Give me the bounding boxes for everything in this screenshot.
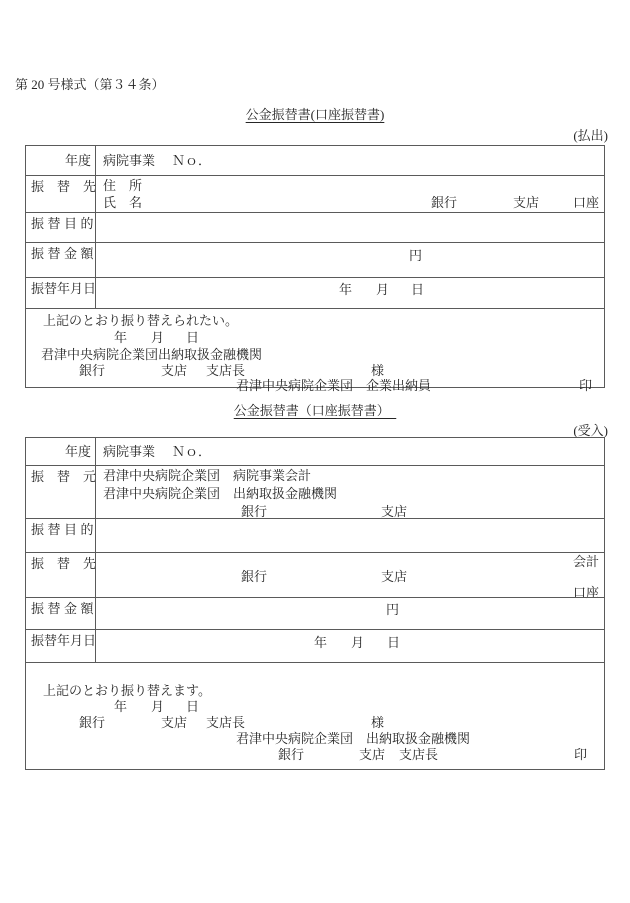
payout-signer-text: 君津中央病院企業団 企業出納員 — [236, 379, 431, 392]
payout-institution-text: 君津中央病院企業団出納取扱金融機関 — [41, 348, 262, 361]
receipt-fiscal-year-cell: 病院事業 Ｎｏ． — [96, 438, 604, 465]
payout-title: 公金振替書(口座振替書) — [0, 108, 630, 121]
receipt-footer-sama: 様 — [371, 716, 384, 729]
payout-row-fiscal-year: 年度 病院事業 Ｎｏ． — [26, 146, 604, 175]
payout-fiscal-year-label: 年度 — [26, 146, 96, 175]
receipt-from-account-text: 君津中央病院企業団 病院事業会計 — [103, 469, 311, 482]
payout-row-amount: 振替金額 円 — [26, 242, 604, 277]
payout-seal-mark: 印 — [579, 379, 592, 392]
payout-footer-month: 月 — [151, 331, 164, 344]
transfer-form-page: 第 20 号様式（第３４条） 公金振替書(口座振替書) (払出) 年度 病院事業… — [0, 0, 630, 903]
receipt-row-fiscal-year: 年度 病院事業 Ｎｏ． — [26, 438, 604, 465]
payout-footer-branch: 支店 — [161, 364, 187, 377]
receipt-title: 公金振替書（口座振替書） — [0, 404, 630, 417]
receipt-footer-manager2: 支店長 — [399, 748, 438, 761]
payout-number-label: Ｎｏ． — [172, 154, 211, 167]
payout-fiscal-year-cell: 病院事業 Ｎｏ． — [96, 146, 604, 175]
receipt-transfer-from-label: 振替元 — [26, 466, 96, 518]
receipt-date-year: 年 — [314, 636, 327, 649]
payout-amount-label: 振替金額 — [26, 243, 96, 277]
receipt-date-label: 振替年月日 — [26, 630, 96, 662]
payout-purpose-label: 振替目的 — [26, 213, 96, 242]
payout-footer-bank: 銀行 — [79, 364, 105, 377]
receipt-amount-label: 振替金額 — [26, 598, 96, 629]
receipt-row-transfer-to: 振替先 会計 銀行 支店 口座 — [26, 552, 604, 597]
receipt-from-institution-text: 君津中央病院企業団 出納取扱金融機関 — [103, 487, 337, 500]
payout-row-date: 振替年月日 年 月 日 — [26, 277, 604, 308]
receipt-date-day: 日 — [387, 636, 400, 649]
form-number: 第 20 号様式（第３４条） — [15, 78, 165, 91]
payout-tag: (払出) — [573, 129, 608, 142]
receipt-statement-text: 上記のとおり振り替えます。 — [43, 684, 211, 697]
receipt-transfer-to-label: 振替先 — [26, 553, 96, 597]
receipt-purpose-label: 振替目的 — [26, 519, 96, 552]
payout-bank-label: 銀行 — [431, 196, 457, 209]
receipt-footer-day: 日 — [186, 700, 199, 713]
receipt-transfer-to-cell: 会計 銀行 支店 口座 — [96, 553, 604, 597]
payout-transfer-to-cell: 住 所 氏 名 銀行 支店 口座 — [96, 176, 604, 212]
receipt-footer-month: 月 — [151, 700, 164, 713]
receipt-from-branch-label: 支店 — [381, 505, 407, 518]
receipt-date-month: 月 — [351, 636, 364, 649]
receipt-transfer-from-cell: 君津中央病院企業団 病院事業会計 君津中央病院企業団 出納取扱金融機関 銀行 支… — [96, 466, 604, 518]
payout-purpose-cell — [96, 213, 604, 242]
receipt-business-type: 病院事業 — [103, 445, 155, 458]
payout-footer-sama: 様 — [371, 364, 384, 377]
receipt-footer-manager1: 支店長 — [206, 716, 245, 729]
payout-date-day: 日 — [411, 283, 424, 296]
receipt-footer-branch1: 支店 — [161, 716, 187, 729]
payout-yen-label: 円 — [409, 249, 422, 262]
receipt-seal-mark: 印 — [574, 748, 587, 761]
receipt-yen-label: 円 — [386, 603, 399, 616]
receipt-footer-bank2: 銀行 — [278, 748, 304, 761]
receipt-row-amount: 振替金額 円 — [26, 597, 604, 629]
receipt-amount-cell: 円 — [96, 598, 604, 629]
receipt-from-bank-label: 銀行 — [241, 505, 267, 518]
payout-name-label: 氏 名 — [103, 196, 142, 209]
payout-footer-cell: 上記のとおり振り替えられたい。 年 月 日 君津中央病院企業団出納取扱金融機関 … — [26, 309, 604, 387]
payout-footer-block: 上記のとおり振り替えられたい。 年 月 日 君津中央病院企業団出納取扱金融機関 … — [26, 308, 604, 387]
payout-account-label: 口座 — [573, 196, 599, 209]
receipt-account-title-label: 会計 — [573, 555, 599, 568]
receipt-date-cell: 年 月 日 — [96, 630, 604, 662]
payout-table: 年度 病院事業 Ｎｏ． 振替先 住 所 氏 名 銀行 支店 口座 振替目的 振替… — [25, 145, 605, 388]
receipt-footer-branch2: 支店 — [359, 748, 385, 761]
payout-footer-year: 年 — [114, 331, 127, 344]
receipt-to-bank-label: 銀行 — [241, 570, 267, 583]
payout-branch-label: 支店 — [513, 196, 539, 209]
receipt-footer-year: 年 — [114, 700, 127, 713]
payout-request-text: 上記のとおり振り替えられたい。 — [43, 314, 238, 327]
receipt-footer-bank1: 銀行 — [79, 716, 105, 729]
receipt-fiscal-year-label: 年度 — [26, 438, 96, 465]
payout-footer-day: 日 — [186, 331, 199, 344]
payout-transfer-to-label: 振替先 — [26, 176, 96, 212]
receipt-footer-cell: 上記のとおり振り替えます。 年 月 日 銀行 支店 支店長 様 君津中央病院企業… — [26, 663, 604, 769]
payout-date-month: 月 — [376, 283, 389, 296]
receipt-row-date: 振替年月日 年 月 日 — [26, 629, 604, 662]
receipt-number-label: Ｎｏ． — [172, 445, 211, 458]
receipt-to-branch-label: 支店 — [381, 570, 407, 583]
payout-date-year: 年 — [339, 283, 352, 296]
payout-business-type: 病院事業 — [103, 154, 155, 167]
receipt-institution-text: 君津中央病院企業団 出納取扱金融機関 — [236, 732, 470, 745]
receipt-tag: (受入) — [573, 424, 608, 437]
receipt-table: 年度 病院事業 Ｎｏ． 振替元 君津中央病院企業団 病院事業会計 君津中央病院企… — [25, 437, 605, 770]
payout-date-label: 振替年月日 — [26, 278, 96, 308]
payout-row-transfer-to: 振替先 住 所 氏 名 銀行 支店 口座 — [26, 175, 604, 212]
payout-date-cell: 年 月 日 — [96, 278, 604, 308]
payout-address-label: 住 所 — [103, 179, 142, 192]
receipt-purpose-cell — [96, 519, 604, 552]
payout-footer-manager: 支店長 — [206, 364, 245, 377]
receipt-row-purpose: 振替目的 — [26, 518, 604, 552]
receipt-row-transfer-from: 振替元 君津中央病院企業団 病院事業会計 君津中央病院企業団 出納取扱金融機関 … — [26, 465, 604, 518]
payout-amount-cell: 円 — [96, 243, 604, 277]
payout-row-purpose: 振替目的 — [26, 212, 604, 242]
receipt-footer-block: 上記のとおり振り替えます。 年 月 日 銀行 支店 支店長 様 君津中央病院企業… — [26, 662, 604, 769]
